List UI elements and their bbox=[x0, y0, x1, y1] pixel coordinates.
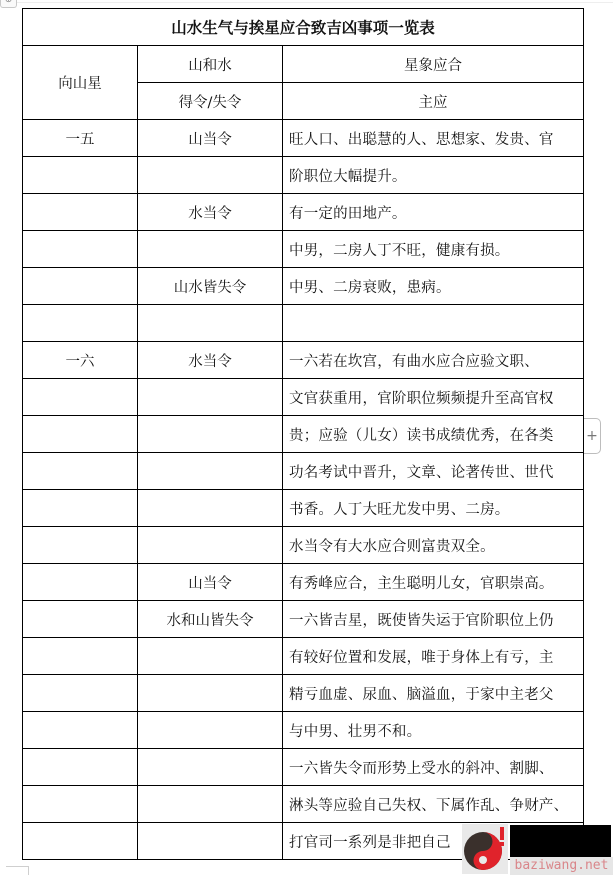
status-cell[interactable] bbox=[138, 823, 283, 860]
table-row: 一六水当令 一六若在坎宫，有曲水应合应验文职、 bbox=[23, 342, 584, 379]
effect-cell[interactable]: 一六若在坎宫，有曲水应合应验文职、 bbox=[283, 342, 584, 379]
star-cell[interactable] bbox=[23, 749, 138, 786]
table-row bbox=[23, 305, 584, 342]
watermark: baziwang.net bbox=[462, 822, 613, 876]
status-cell[interactable] bbox=[138, 453, 283, 490]
star-cell[interactable] bbox=[23, 157, 138, 194]
plus-icon: + bbox=[586, 428, 598, 444]
status-cell[interactable] bbox=[138, 527, 283, 564]
effect-cell[interactable]: 文官获重用，官阶职位频频提升至高官权 bbox=[283, 379, 584, 416]
status-cell[interactable] bbox=[138, 379, 283, 416]
status-cell[interactable] bbox=[138, 157, 283, 194]
effect-cell[interactable] bbox=[283, 305, 584, 342]
header-row-1: 向山星 山和水 星象应合 bbox=[23, 46, 584, 83]
star-cell[interactable] bbox=[23, 564, 138, 601]
status-cell[interactable] bbox=[138, 490, 283, 527]
table-row: 文官获重用，官阶职位频频提升至高官权 bbox=[23, 379, 584, 416]
effect-cell[interactable]: 有一定的田地产。 bbox=[283, 194, 584, 231]
add-row-button[interactable]: + bbox=[584, 418, 601, 454]
table-row: 山当令有秀峰应合，主生聪明儿女，官职崇高。 bbox=[23, 564, 584, 601]
page-margin-mark bbox=[6, 866, 29, 875]
table-row: 水当令有一定的田地产。 bbox=[23, 194, 584, 231]
effect-cell[interactable]: 有较好位置和发展，唯于身体上有亏，主 bbox=[283, 638, 584, 675]
status-cell[interactable]: 水当令 bbox=[138, 194, 283, 231]
table-row: 淋头等应验自己失权、下属作乱、争财产、 bbox=[23, 786, 584, 823]
table-row: 一六皆失令而形势上受水的斜冲、割脚、 bbox=[23, 749, 584, 786]
star-cell[interactable] bbox=[23, 379, 138, 416]
table-title[interactable]: 山水生气与挨星应合致吉凶事项一览表 bbox=[23, 9, 584, 46]
table-row: 与中男、壮男不和。 bbox=[23, 712, 584, 749]
table-move-handle[interactable]: ⊕ bbox=[0, 0, 17, 8]
status-cell[interactable]: 水当令 bbox=[138, 342, 283, 379]
status-cell[interactable]: 山水皆失令 bbox=[138, 268, 283, 305]
table-row: 中男，二房人丁不旺，健康有损。 bbox=[23, 231, 584, 268]
star-cell[interactable] bbox=[23, 527, 138, 564]
star-cell[interactable] bbox=[23, 601, 138, 638]
effect-cell[interactable]: 功名考试中晋升，文章、论著传世、世代 bbox=[283, 453, 584, 490]
title-row: 山水生气与挨星应合致吉凶事项一览表 bbox=[23, 9, 584, 46]
status-cell[interactable] bbox=[138, 675, 283, 712]
star-cell[interactable] bbox=[23, 416, 138, 453]
star-cell[interactable] bbox=[23, 823, 138, 860]
effect-cell[interactable]: 旺人口、出聪慧的人、思想家、发贵、官 bbox=[283, 120, 584, 157]
table-row: 精亏血虚、尿血、脑溢血，于家中主老父 bbox=[23, 675, 584, 712]
effect-cell[interactable]: 与中男、壮男不和。 bbox=[283, 712, 584, 749]
star-cell[interactable]: 一五 bbox=[23, 120, 138, 157]
star-cell[interactable] bbox=[23, 453, 138, 490]
table-row: 一五山当令旺人口、出聪慧的人、思想家、发贵、官 bbox=[23, 120, 584, 157]
star-cell[interactable] bbox=[23, 675, 138, 712]
effect-cell[interactable]: 淋头等应验自己失权、下属作乱、争财产、 bbox=[283, 786, 584, 823]
effect-cell[interactable]: 有秀峰应合，主生聪明儿女，官职崇高。 bbox=[283, 564, 584, 601]
star-cell[interactable] bbox=[23, 231, 138, 268]
effect-cell[interactable]: 中男、二房衰败，患病。 bbox=[283, 268, 584, 305]
page-edge bbox=[16, 2, 613, 3]
status-cell[interactable] bbox=[138, 638, 283, 675]
table-row: 功名考试中晋升，文章、论著传世、世代 bbox=[23, 453, 584, 490]
auspicious-events-table: 山水生气与挨星应合致吉凶事项一览表 向山星 山和水 星象应合 得令/失令 主应 … bbox=[22, 8, 584, 860]
header-star[interactable]: 向山星 bbox=[23, 46, 138, 120]
star-cell[interactable] bbox=[23, 786, 138, 823]
effect-cell[interactable]: 精亏血虚、尿血、脑溢血，于家中主老父 bbox=[283, 675, 584, 712]
star-cell[interactable] bbox=[23, 490, 138, 527]
table-row: 山水皆失令中男、二房衰败，患病。 bbox=[23, 268, 584, 305]
effect-cell[interactable]: 中男，二房人丁不旺，健康有损。 bbox=[283, 231, 584, 268]
status-cell[interactable]: 山当令 bbox=[138, 564, 283, 601]
yin-yang-logo-icon bbox=[462, 824, 508, 874]
header-timely-status[interactable]: 得令/失令 bbox=[138, 83, 283, 120]
table-row: 水当令有大水应合则富贵双全。 bbox=[23, 527, 584, 564]
effect-cell[interactable]: 一六皆失令而形势上受水的斜冲、割脚、 bbox=[283, 749, 584, 786]
header-main-effect[interactable]: 主应 bbox=[283, 83, 584, 120]
status-cell[interactable] bbox=[138, 786, 283, 823]
header-mountain-water[interactable]: 山和水 bbox=[138, 46, 283, 83]
effect-cell[interactable]: 一六皆吉星，既使皆失运于官阶职位上仍 bbox=[283, 601, 584, 638]
effect-cell[interactable]: 阶职位大幅提升。 bbox=[283, 157, 584, 194]
star-cell[interactable] bbox=[23, 194, 138, 231]
status-cell[interactable]: 水和山皆失令 bbox=[138, 601, 283, 638]
watermark-redaction bbox=[510, 825, 611, 857]
status-cell[interactable] bbox=[138, 712, 283, 749]
table-row: 水和山皆失令一六皆吉星，既使皆失运于官阶职位上仍 bbox=[23, 601, 584, 638]
star-cell[interactable] bbox=[23, 638, 138, 675]
effect-cell[interactable]: 贵；应验（儿女）读书成绩优秀，在各类 bbox=[283, 416, 584, 453]
effect-cell[interactable]: 水当令有大水应合则富贵双全。 bbox=[283, 527, 584, 564]
status-cell[interactable] bbox=[138, 749, 283, 786]
table-row: 阶职位大幅提升。 bbox=[23, 157, 584, 194]
star-cell[interactable] bbox=[23, 712, 138, 749]
table-row: 贵；应验（儿女）读书成绩优秀，在各类 bbox=[23, 416, 584, 453]
watermark-text: baziwang.net bbox=[510, 857, 613, 875]
star-cell[interactable] bbox=[23, 305, 138, 342]
header-star-response[interactable]: 星象应合 bbox=[283, 46, 584, 83]
effect-cell[interactable]: 书香。人丁大旺尤发中男、二房。 bbox=[283, 490, 584, 527]
table-row: 有较好位置和发展，唯于身体上有亏，主 bbox=[23, 638, 584, 675]
status-cell[interactable] bbox=[138, 416, 283, 453]
star-cell[interactable] bbox=[23, 268, 138, 305]
move-icon: ⊕ bbox=[5, 0, 13, 5]
status-cell[interactable] bbox=[138, 231, 283, 268]
star-cell[interactable]: 一六 bbox=[23, 342, 138, 379]
status-cell[interactable]: 山当令 bbox=[138, 120, 283, 157]
status-cell[interactable] bbox=[138, 305, 283, 342]
table-row: 书香。人丁大旺尤发中男、二房。 bbox=[23, 490, 584, 527]
